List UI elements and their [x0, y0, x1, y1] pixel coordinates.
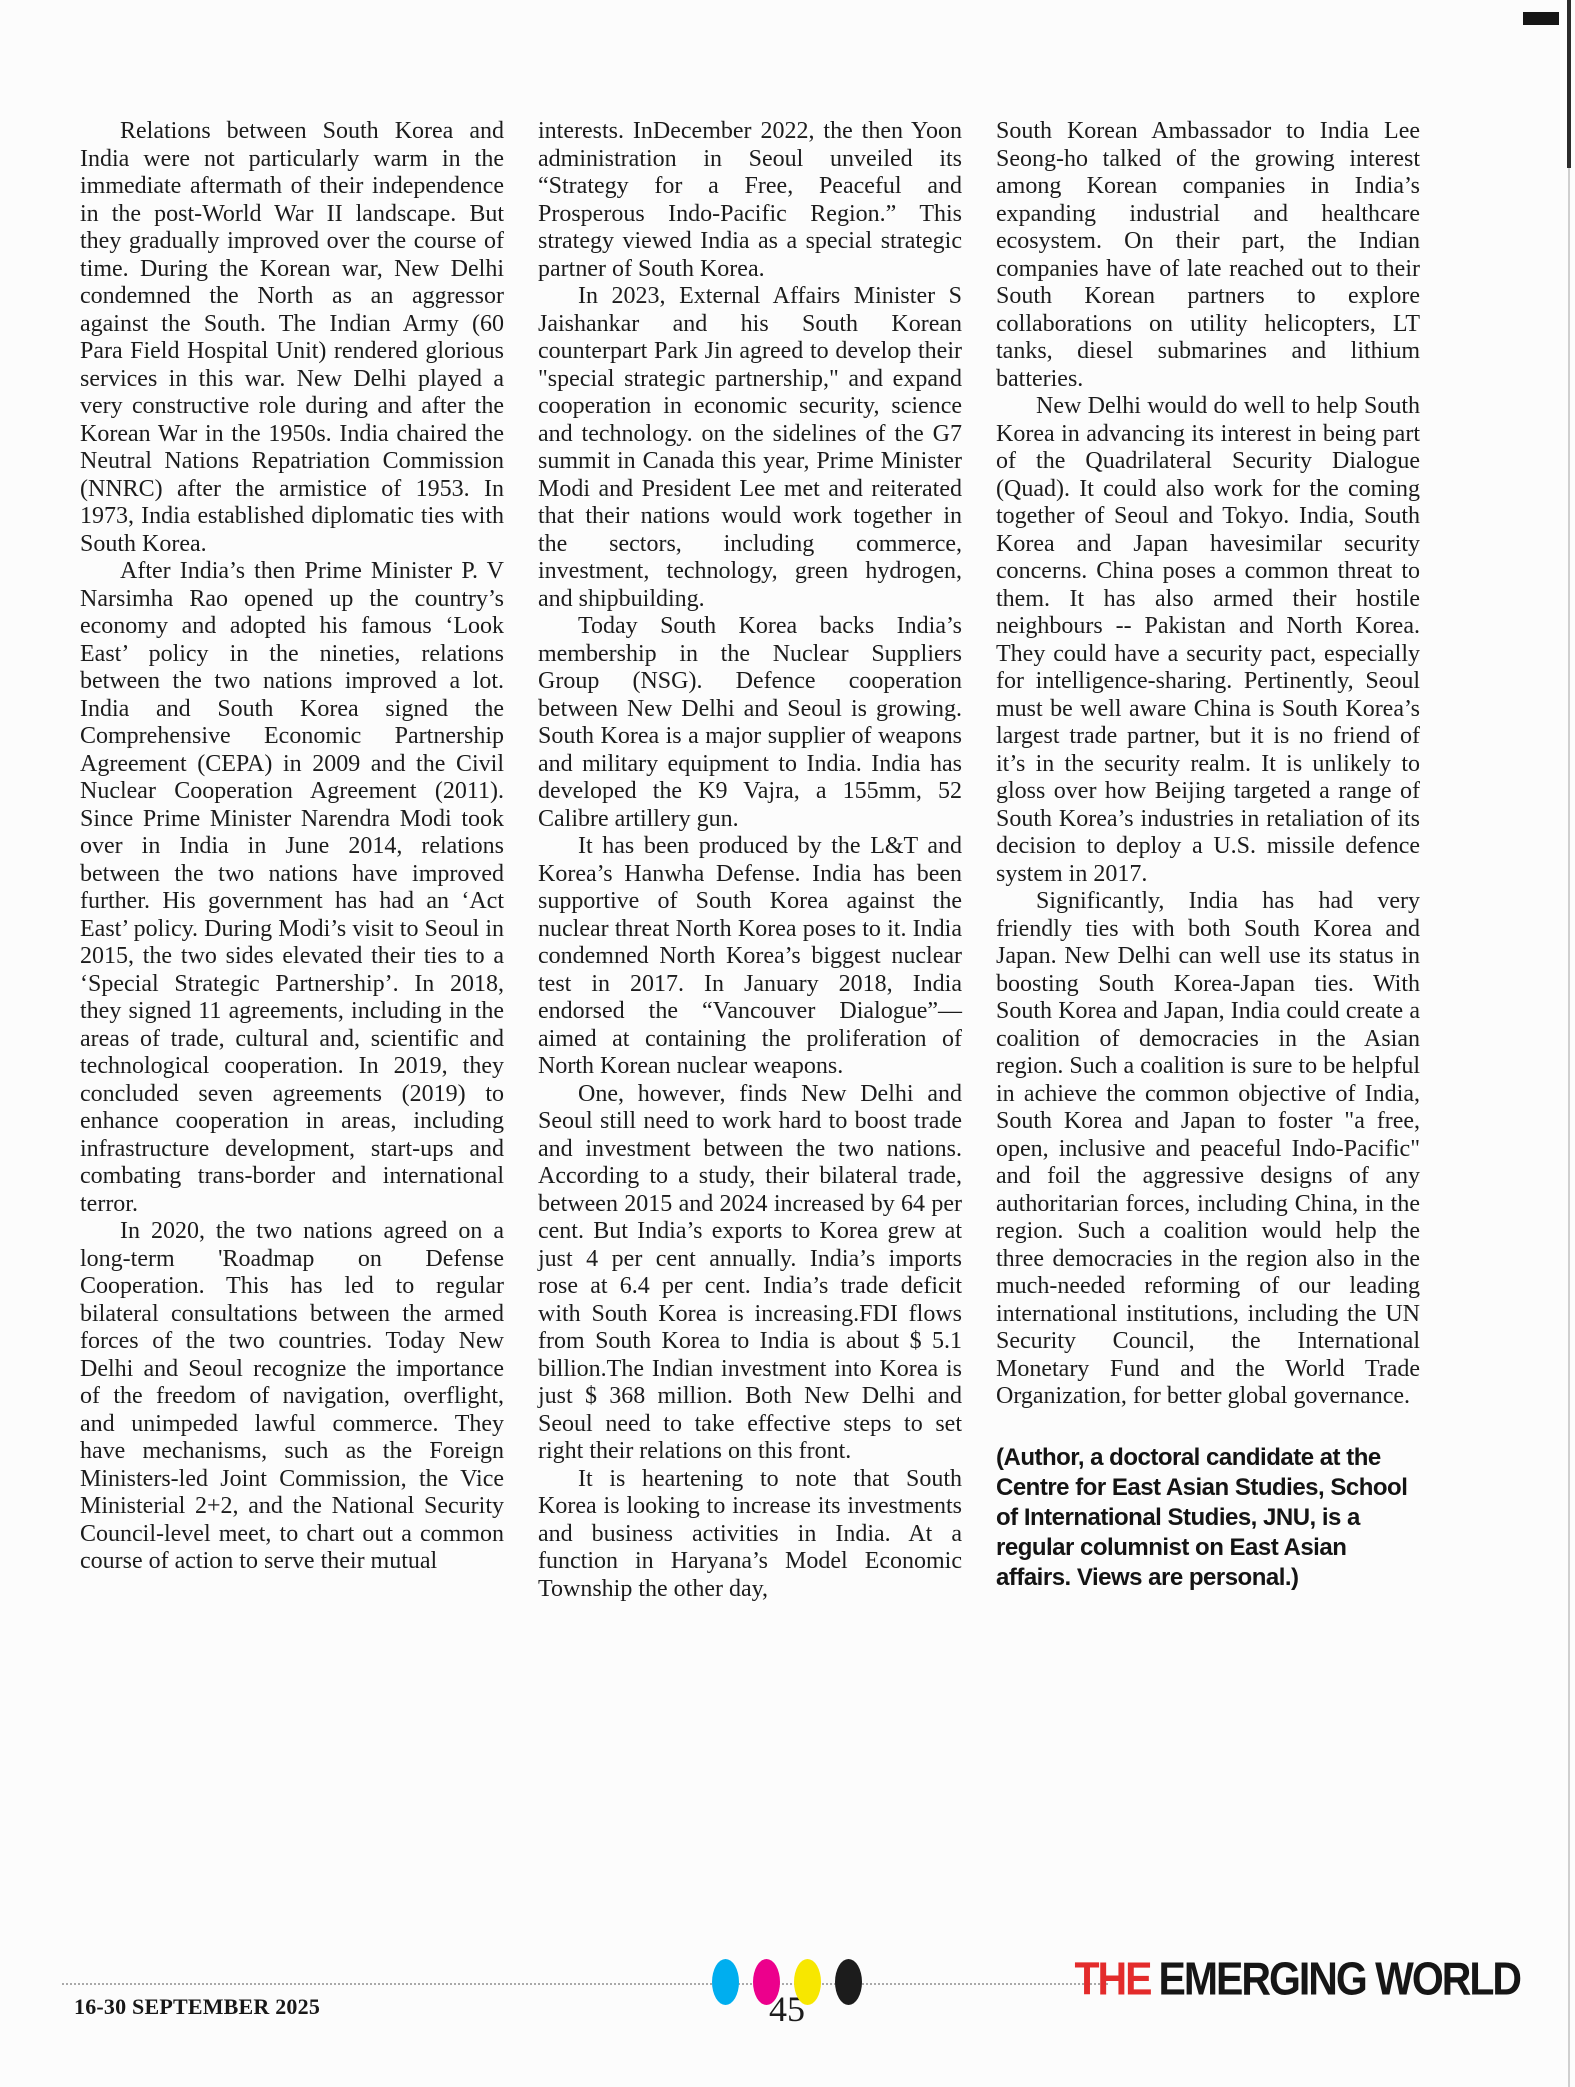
author-note: (Author, a doctoral candidate at the Cen…: [996, 1443, 1420, 1593]
logo-rest: EMERGING WORLD: [1159, 1953, 1520, 2005]
page-edge-line: [1568, 0, 1570, 2087]
page-edge-dark-mark: [1567, 0, 1571, 168]
registration-dots: [712, 1959, 862, 2005]
issue-date: 16-30 SEPTEMBER 2025: [74, 1994, 320, 2020]
paragraph: After India’s then Prime Minister P. V N…: [80, 558, 504, 1218]
paragraph: It is heartening to note that South Kore…: [538, 1466, 962, 1604]
paragraph: South Korean Ambassador to India Lee Seo…: [996, 118, 1420, 393]
paragraph: In 2023, External Affairs Minister S Jai…: [538, 283, 962, 613]
logo-the: THE: [1075, 1953, 1151, 2005]
paragraph: Significantly, India has had very friend…: [996, 888, 1420, 1411]
paragraph: New Delhi would do well to help South Ko…: [996, 393, 1420, 888]
paragraph: It has been produced by the L&T and Kore…: [538, 833, 962, 1081]
magenta-dot-icon: [753, 1959, 780, 2005]
article-column-2: interests. InDecember 2022, the then Yoo…: [538, 118, 962, 1603]
cyan-dot-icon: [712, 1959, 739, 2005]
paragraph: In 2020, the two nations agreed on a lon…: [80, 1218, 504, 1576]
paragraph: interests. InDecember 2022, the then Yoo…: [538, 118, 962, 283]
publication-logo: THEEMERGING WORLD: [1075, 1953, 1520, 2006]
footer-rule: [62, 1983, 1108, 1985]
article-column-3: South Korean Ambassador to India Lee Seo…: [996, 118, 1420, 1593]
corner-scan-mark: [1523, 12, 1559, 25]
paragraph: One, however, finds New Delhi and Seoul …: [538, 1081, 962, 1466]
yellow-dot-icon: [794, 1959, 821, 2005]
paragraph: Today South Korea backs India’s membersh…: [538, 613, 962, 833]
black-dot-icon: [835, 1959, 862, 2005]
paragraph: Relations between South Korea and India …: [80, 118, 504, 558]
article-column-1: Relations between South Korea and India …: [80, 118, 504, 1576]
